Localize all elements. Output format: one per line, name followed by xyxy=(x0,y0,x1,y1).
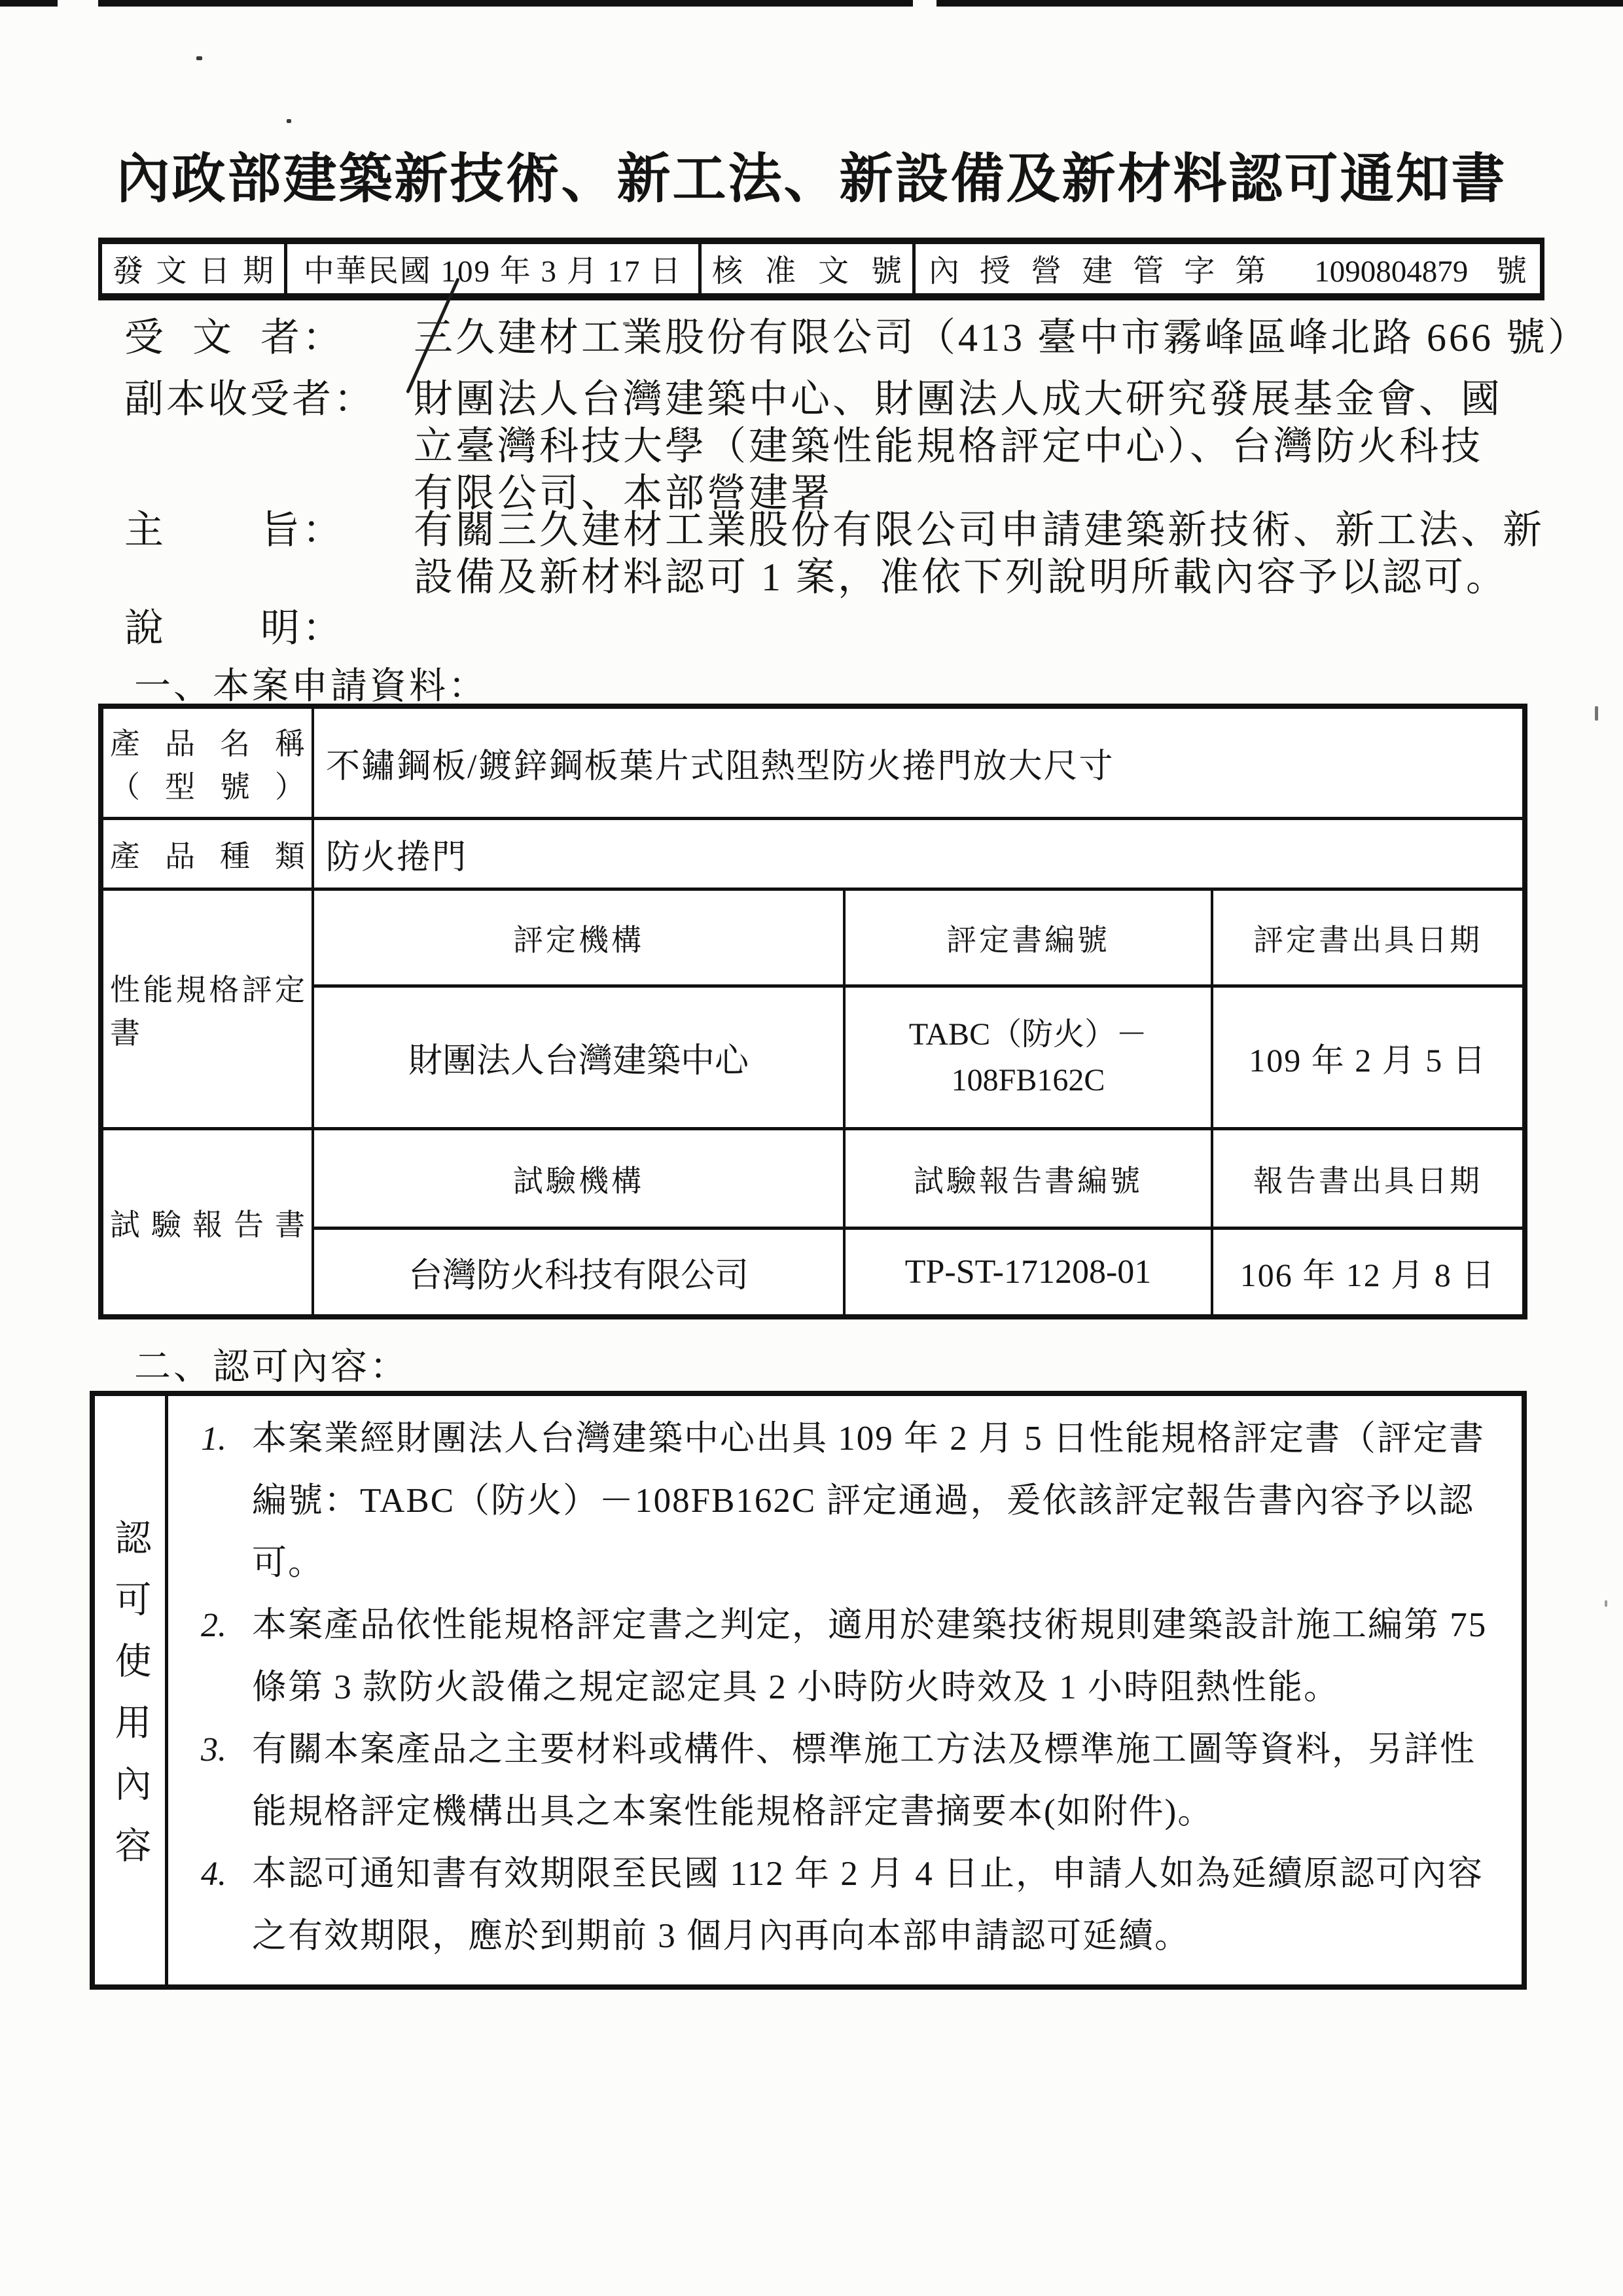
item-1-text: 本案業經財團法人台灣建築中心出具 109 年 2 月 5 日性能規格評定書（評定… xyxy=(252,1408,1522,1594)
approval-no-label-cell: 核准文號 xyxy=(698,244,912,293)
scanned-document-page: { "title": "內政部建築新技術、新工法、新設備及新材料認可通知書", … xyxy=(0,0,1623,2296)
scan-edge-gap xyxy=(913,0,936,7)
perf-org-value: 財團法人台灣建築中心 xyxy=(408,1033,749,1082)
perf-date-header-cell: 評定書出具日期 xyxy=(1211,888,1522,984)
subject-line-2: 設備及新材料認可 1 案，准依下列說明所載內容予以認可。 xyxy=(414,546,1585,602)
approval-items: 1. 本案業經財團法人台灣建築中心出具 109 年 2 月 5 日性能規格評定書… xyxy=(168,1396,1522,1984)
scan-speck xyxy=(287,119,291,123)
product-type-label-cell: 產品種類 xyxy=(103,817,312,888)
product-name-value: 不鏽鋼板/鍍鋅鋼板葉片式阻熱型防火捲門放大尺寸 xyxy=(326,738,1114,787)
issue-date-value: 中華民國 109 年 3 月 17 日 xyxy=(304,247,683,291)
section1-heading: 一、本案申請資料： xyxy=(134,657,488,709)
product-name-label-line1: 產品名稱 xyxy=(110,720,305,763)
test-reportno-value: TP-ST-171208-01 xyxy=(905,1253,1152,1291)
recipient-colon: ： xyxy=(302,306,342,363)
recipient-value: 三久建材工業股份有限公司（413 臺中市霧峰區峰北路 666 號） xyxy=(414,306,1585,363)
perf-certno-line1: TABC（防火）－ xyxy=(887,1012,1169,1058)
approval-side-label-cell: 認可使用內容 xyxy=(95,1396,168,1984)
perf-certno-line2: 108FB162C xyxy=(887,1058,1169,1103)
test-report-label: 試驗報告書 xyxy=(110,1201,305,1244)
perf-org-header-cell: 評定機構 xyxy=(312,888,843,984)
approval-side-label: 認可使用內容 xyxy=(104,1494,156,1888)
test-date-value: 106 年 12 月 8 日 xyxy=(1240,1249,1496,1296)
approval-no-value: 內授營建管字第 1090804879 號 xyxy=(929,247,1527,291)
item-4-line-2: 之有效期限，應於到期前 3 個月內再向本部申請認可延續。 xyxy=(252,1905,1522,1967)
item-3-line-2: 能規格評定機構出具之本案性能規格評定書摘要本(如附件)。 xyxy=(252,1781,1522,1843)
test-org-value: 台灣防火科技有限公司 xyxy=(408,1247,749,1297)
application-data-table: 產品名稱 （型號） 不鏽鋼板/鍍鋅鋼板葉片式阻熱型防火捲門放大尺寸 產品種類 防… xyxy=(98,704,1527,1319)
product-name-label-line2: （型號） xyxy=(110,763,305,806)
item-4-text: 本認可通知書有效期限至民國 112 年 2 月 4 日止，申請人如為延續原認可內… xyxy=(252,1843,1522,1967)
item-4-number: 4. xyxy=(201,1843,252,1905)
test-org-header-cell: 試驗機構 xyxy=(312,1127,843,1227)
scan-edge-artifact xyxy=(0,0,1623,7)
product-type-value-cell: 防火捲門 xyxy=(312,817,1522,888)
explanation-colon: ： xyxy=(302,597,342,653)
item-2-line-1: 本案產品依性能規格評定書之判定，適用於建築技術規則建築設計施工編第 75 xyxy=(252,1594,1522,1657)
item-2-number: 2. xyxy=(201,1594,252,1657)
item-3-line-1: 有關本案產品之主要材料或構件、標準施工方法及標準施工圖等資料，另詳性 xyxy=(252,1719,1522,1781)
test-date-header-cell: 報告書出具日期 xyxy=(1211,1127,1522,1227)
recipient-label: 受文者 xyxy=(124,306,302,363)
test-date-cell: 106 年 12 月 8 日 xyxy=(1211,1227,1522,1314)
scan-speck xyxy=(1595,706,1598,721)
issue-date-value-cell: 中華民國 109 年 3 月 17 日 xyxy=(284,244,698,293)
issue-info-table: 發文日期 中華民國 109 年 3 月 17 日 核准文號 內授營建管字第 10… xyxy=(98,238,1544,300)
scan-edge-gap xyxy=(58,0,98,7)
test-org-cell: 台灣防火科技有限公司 xyxy=(312,1227,843,1314)
test-report-label-cell: 試驗報告書 xyxy=(103,1127,312,1314)
product-name-value-cell: 不鏽鋼板/鍍鋅鋼板葉片式阻熱型防火捲門放大尺寸 xyxy=(312,709,1522,817)
perf-certno-value: TABC（防火）－ 108FB162C xyxy=(887,1012,1169,1103)
approval-item-4: 4. 本認可通知書有效期限至民國 112 年 2 月 4 日止，申請人如為延續原… xyxy=(168,1843,1522,1967)
issue-date-label: 發文日期 xyxy=(113,247,274,291)
subject-colon: ： xyxy=(302,499,342,555)
product-type-value: 防火捲門 xyxy=(326,829,467,878)
approval-content-table: 認可使用內容 1. 本案業經財團法人台灣建築中心出具 109 年 2 月 5 日… xyxy=(90,1391,1527,1990)
approval-no-value-cell: 內授營建管字第 1090804879 號 xyxy=(912,244,1540,293)
test-date-header: 報告書出具日期 xyxy=(1253,1157,1482,1200)
item-3-number: 3. xyxy=(201,1719,252,1781)
document-title: 內政部建築新技術、新工法、新設備及新材料認可通知書 xyxy=(0,136,1623,213)
perf-certno-cell: TABC（防火）－ 108FB162C xyxy=(843,984,1211,1127)
perf-org-header: 評定機構 xyxy=(513,916,644,960)
perf-date-value: 109 年 2 月 5 日 xyxy=(1249,1034,1487,1081)
approval-item-2: 2. 本案產品依性能規格評定書之判定，適用於建築技術規則建築設計施工編第 75 … xyxy=(168,1594,1522,1719)
issue-date-label-cell: 發文日期 xyxy=(102,244,284,293)
test-reportno-cell: TP-ST-171208-01 xyxy=(843,1227,1211,1314)
approval-no-label: 核准文號 xyxy=(712,247,902,291)
item-4-line-1: 本認可通知書有效期限至民國 112 年 2 月 4 日止，申請人如為延續原認可內… xyxy=(252,1843,1522,1905)
cc-label: 副本收受者： xyxy=(124,368,376,424)
perf-certno-header: 評定書編號 xyxy=(946,916,1110,960)
product-name-label-cell: 產品名稱 （型號） xyxy=(103,709,312,817)
test-reportno-header: 試驗報告書編號 xyxy=(914,1157,1143,1200)
item-1-line-3: 可。 xyxy=(252,1532,1522,1594)
perf-org-cell: 財團法人台灣建築中心 xyxy=(312,984,843,1127)
subject-label: 主旨 xyxy=(124,499,302,555)
perf-date-cell: 109 年 2 月 5 日 xyxy=(1211,984,1522,1127)
product-type-label: 產品種類 xyxy=(110,833,305,876)
item-1-line-2: 編號：TABC（防火）－108FB162C 評定通過，爰依該評定報告書內容予以認 xyxy=(252,1470,1522,1532)
test-org-header: 試驗機構 xyxy=(513,1157,644,1200)
scan-speck xyxy=(196,56,202,60)
item-2-line-2: 條第 3 款防火設備之規定認定具 2 小時防火時效及 1 小時阻熱性能。 xyxy=(252,1657,1522,1719)
section2-heading: 二、認可內容： xyxy=(134,1338,409,1390)
item-3-text: 有關本案產品之主要材料或構件、標準施工方法及標準施工圖等資料，另詳性 能規格評定… xyxy=(252,1719,1522,1843)
perf-date-header: 評定書出具日期 xyxy=(1253,916,1482,960)
approval-item-3: 3. 有關本案產品之主要材料或構件、標準施工方法及標準施工圖等資料，另詳性 能規… xyxy=(168,1719,1522,1843)
perf-cert-label-cell: 性能規格評定書 xyxy=(103,888,312,1127)
perf-cert-label: 性能規格評定書 xyxy=(110,966,305,1052)
explanation-label: 說明 xyxy=(124,597,302,653)
perf-certno-header-cell: 評定書編號 xyxy=(843,888,1211,984)
item-1-line-1: 本案業經財團法人台灣建築中心出具 109 年 2 月 5 日性能規格評定書（評定… xyxy=(252,1408,1522,1470)
approval-item-1: 1. 本案業經財團法人台灣建築中心出具 109 年 2 月 5 日性能規格評定書… xyxy=(168,1408,1522,1594)
scan-speck xyxy=(1605,1600,1607,1607)
item-2-text: 本案產品依性能規格評定書之判定，適用於建築技術規則建築設計施工編第 75 條第 … xyxy=(252,1594,1522,1719)
test-reportno-header-cell: 試驗報告書編號 xyxy=(843,1127,1211,1227)
item-1-number: 1. xyxy=(201,1408,252,1470)
